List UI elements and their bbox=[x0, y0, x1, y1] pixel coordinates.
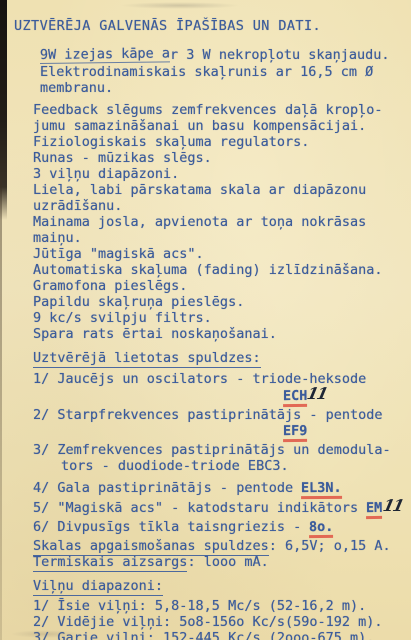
handwritten-number: 11 bbox=[306, 386, 329, 402]
tube-name-line: EF9 bbox=[283, 423, 411, 442]
paper-smudge bbox=[10, 630, 80, 638]
feature-line: Papildu skaļruņa pieslēgs. bbox=[33, 294, 411, 310]
underlined-heading-text: Uztvērējā lietotas spuldzes: bbox=[33, 350, 261, 368]
wave-bands-heading: Viļņu diapazoni: bbox=[33, 578, 411, 594]
tube-item-6: 6/ Divpusīgs tīkla taisngriezis - 8o. bbox=[33, 519, 411, 538]
tube-item-text: 4/ Gala pastiprinātājs - pentode bbox=[33, 480, 301, 496]
intro-line-2: Elektrodinamiskais skaļrunis ar 16,5 cm … bbox=[40, 64, 411, 80]
feature-line: Gramofona pieslēgs. bbox=[33, 278, 411, 294]
tube-item-3: 3/ Zemfrekvences pastiprinātājs un demod… bbox=[33, 442, 411, 458]
tube-item-text: 2/ Starpfrekvences pastiprinātājs - pent… bbox=[33, 407, 383, 423]
handwritten-number: 11 bbox=[381, 498, 404, 514]
tube-item-text: tors - duodiode-triode EBC3. bbox=[61, 458, 289, 474]
wave-band-line: 2/ Vidējie viļņi: 5o8-156o Kc/s(59o-192 … bbox=[33, 614, 411, 630]
feature-line: Jūtīga "magiskā acs". bbox=[33, 246, 411, 262]
intro-section: 9W izejas kāpe ar 3 W nekropļotu skaņjau… bbox=[40, 47, 411, 96]
underlined-heading-text: Viļņu diapazoni: bbox=[33, 578, 163, 596]
scanned-document-page: UZTVĒRĒJA GALVENĀS ĪPAŠĪBAS UN DATI. 9W … bbox=[0, 0, 411, 640]
wave-band-line: 1/ Īsie viļņi: 5,8-18,5 Mc/s (52-16,2 m)… bbox=[33, 598, 411, 614]
thermal-fuse-line: Termiskais aizsargs: looo mA. bbox=[33, 554, 411, 570]
wave-band-line: 3/ Garie viļņi: 152-445 Kc/s (2ooo-675 m… bbox=[33, 630, 411, 640]
tube-name-red-underlined: ECH bbox=[283, 388, 308, 407]
tube-name-red-underlined: 8o. bbox=[309, 519, 334, 538]
tube-name-line: ECH11 bbox=[283, 387, 411, 407]
feature-line: Mainama josla, apvienota ar toņa nokrāsa… bbox=[33, 214, 411, 230]
tube-item-5: 5/ "Magiskā acs" - katodstaru indikātors… bbox=[33, 499, 411, 519]
feature-line: Liela, labi pārskatama skala ar diapāzon… bbox=[33, 182, 411, 198]
tube-item-4: 4/ Gala pastiprinātājs - pentode EL3N. bbox=[33, 480, 411, 499]
feature-line: Spara rats ērtai noskaņošanai. bbox=[33, 326, 411, 342]
intro-line-1: 9W izejas kāpe ar 3 W nekropļotu skaņjau… bbox=[40, 47, 411, 64]
intro-line-1-rest: r 3 W nekropļotu skaņjaudu. bbox=[170, 47, 389, 63]
tube-item-2: 2/ Starpfrekvences pastiprinātājs - pent… bbox=[33, 407, 411, 423]
tubes-list: 1/ Jaucējs un oscilators - triode-heksod… bbox=[33, 371, 411, 570]
underlined-label: Skalas apgaismošanas spuldzes bbox=[33, 538, 269, 556]
feature-line: Fiziologiskais skaļuma regulators. bbox=[33, 134, 411, 150]
feature-line: 3 viļņu diapāzoni. bbox=[33, 166, 411, 182]
tube-item-3-continued: tors - duodiode-triode EBC3. bbox=[61, 458, 411, 474]
intro-line-3: membranu. bbox=[40, 80, 411, 96]
tube-item-text: 3/ Zemfrekvences pastiprinātājs un demod… bbox=[33, 442, 391, 458]
thermal-fuse-value: : looo mA. bbox=[187, 554, 268, 570]
feature-line: Feedback slēgums zemfrekvences daļā krop… bbox=[33, 102, 411, 118]
underlined-label: Termiskais aizsargs bbox=[33, 554, 187, 572]
feature-line: Automatiska skaļuma (fading) izlīdzināša… bbox=[33, 262, 411, 278]
dial-lamps-value: : 6,5V; o,15 A. bbox=[269, 538, 391, 554]
tube-name-red-underlined: EM bbox=[366, 500, 382, 519]
paper-smudge bbox=[120, 2, 240, 9]
tube-item-text: 5/ "Magiskā acs" - katodstaru indikātors bbox=[33, 500, 366, 516]
tubes-section-heading: Uztvērējā lietotas spuldzes: bbox=[33, 350, 411, 366]
feature-line: maiņu. bbox=[33, 230, 411, 246]
feature-line: uzrādīšanu. bbox=[33, 198, 411, 214]
tube-name-red-underlined: EL3N. bbox=[301, 480, 342, 499]
dial-lamps-line: Skalas apgaismošanas spuldzes: 6,5V; o,1… bbox=[33, 538, 411, 554]
feature-line: jumu samazināšanai un basu kompensācijai… bbox=[33, 118, 411, 134]
tube-item-text: 6/ Divpusīgs tīkla taisngriezis - bbox=[33, 519, 309, 535]
page-edge-shadow bbox=[0, 180, 2, 640]
wave-bands-section: Viļņu diapazoni: 1/ Īsie viļņi: 5,8-18,5… bbox=[33, 578, 411, 640]
tube-name-red-underlined: EF9 bbox=[283, 423, 308, 442]
page-title: UZTVĒRĒJA GALVENĀS ĪPAŠĪBAS UN DATI. bbox=[14, 18, 411, 34]
features-section: Feedback slēgums zemfrekvences daļā krop… bbox=[33, 102, 411, 342]
feature-line: Runas - mūzikas slēgs. bbox=[33, 150, 411, 166]
feature-line: 9 kc/s svilpju filtrs. bbox=[33, 310, 411, 326]
hand-underlined-text: 9W izejas kāpe a bbox=[40, 45, 170, 64]
tube-item-1: 1/ Jaucējs un oscilators - triode-heksod… bbox=[33, 371, 411, 387]
